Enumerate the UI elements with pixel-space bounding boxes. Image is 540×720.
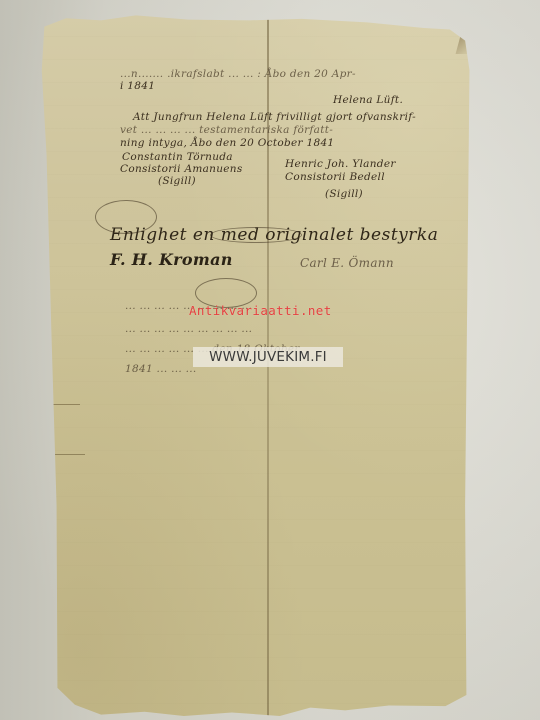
handwritten-line-4: Att Jungfrun Helena Lüft frivilligt gjor… xyxy=(133,111,416,123)
edge-tear xyxy=(50,454,85,455)
witness-right-seal: (Sigill) xyxy=(325,188,363,200)
signature-kroman: F. H. Kroman xyxy=(110,250,233,269)
handwritten-line-6: ning intyga, Åbo den 20 October 1841 xyxy=(120,137,334,149)
watermark-juvekim-box: WWW.JUVEKIM.FI xyxy=(193,347,343,367)
certification-line: Enlighet en med originalet bestyrka xyxy=(110,225,438,245)
center-fold-line xyxy=(267,18,269,718)
witness-left-name: Constantin Törnuda xyxy=(122,151,233,163)
edge-tear xyxy=(50,404,80,405)
handwritten-line-5: vet ... ... ... ... testamentariska förf… xyxy=(120,124,333,136)
witness-left-title: Consistorii Amanuens xyxy=(120,163,243,175)
witness-right-name: Henric Joh. Ylander xyxy=(285,158,396,170)
watermark-juvekim: WWW.JUVEKIM.FI xyxy=(209,349,327,365)
handwritten-lower-2: ... ... ... ... ... ... ... ... ... xyxy=(125,323,252,335)
handwritten-signature-helena: Helena Lüft. xyxy=(333,94,403,106)
watermark-antikvariaatti: Antikvariaatti.net xyxy=(189,303,332,318)
handwritten-lower-4: 1841 ... ... ... xyxy=(125,363,197,375)
witness-right-title: Consistorii Bedell xyxy=(285,171,385,183)
signature-omann: Carl E. Ömann xyxy=(300,256,394,270)
witness-left-seal: (Sigill) xyxy=(158,175,196,187)
handwritten-line-2: i 1841 xyxy=(120,80,155,92)
handwritten-line-1: ...n....... .ikrafslabt ... ... : Åbo de… xyxy=(120,68,356,80)
